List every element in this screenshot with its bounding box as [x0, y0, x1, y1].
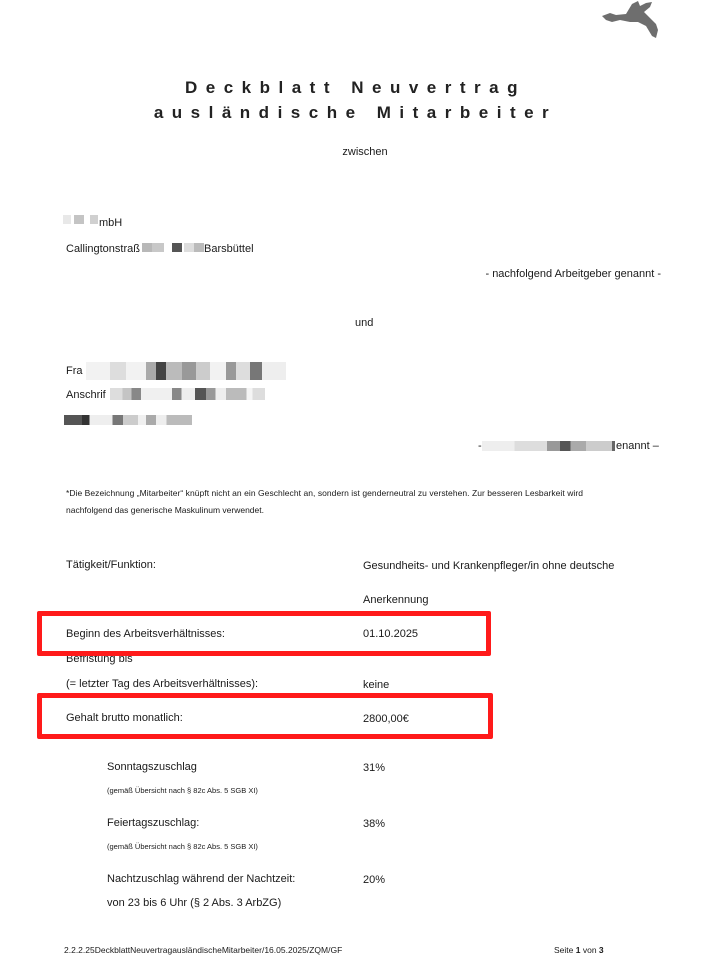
night-surcharge-note: von 23 bis 6 Uhr (§ 2 Abs. 3 ArbZG) [107, 897, 281, 909]
function-value: Gesundheits- und Krankenpfleger/in ohne … [363, 560, 614, 572]
redaction [482, 441, 612, 451]
holiday-surcharge-note: (gemäß Übersicht nach § 82c Abs. 5 SGB X… [107, 842, 258, 851]
between-text: zwischen [0, 146, 711, 158]
bird-logo-icon [598, 0, 662, 42]
redaction [142, 243, 152, 252]
redaction [86, 362, 286, 380]
employee-salutation: Fra [66, 365, 83, 377]
sunday-surcharge-note: (gemäß Übersicht nach § 82c Abs. 5 SGB X… [107, 786, 258, 795]
highlight-box-salary [37, 693, 493, 739]
footnote-line1: *Die Bezeichnung „Mitarbeiter“ knüpft ni… [66, 488, 583, 498]
limit-value: keine [363, 679, 389, 691]
redaction [64, 415, 192, 425]
page-prefix: Seite [554, 945, 576, 955]
employer-designation: - nachfolgend Arbeitgeber genannt - [485, 268, 661, 280]
redaction [110, 388, 265, 400]
document-title-line2: ausländische Mitarbeiter [0, 103, 711, 123]
employee-address: Anschrif [66, 389, 106, 401]
footnote-line2: nachfolgend das generische Maskulinum ve… [66, 505, 264, 515]
redaction [63, 215, 71, 224]
employer-name: mbH [99, 217, 122, 229]
and-text: und [355, 317, 373, 329]
footer-reference: 2.2.2.25DeckblattNeuvertragausländischeM… [64, 945, 342, 955]
holiday-surcharge-value: 38% [363, 818, 385, 830]
redaction [172, 243, 182, 252]
highlight-box-start-date [37, 611, 491, 656]
holiday-surcharge-label: Feiertagszuschlag: [107, 817, 199, 829]
redaction [194, 243, 204, 252]
employer-city: Barsbüttel [204, 243, 254, 255]
redaction [74, 215, 84, 224]
night-surcharge-label: Nachtzuschlag während der Nachtzeit: [107, 873, 295, 885]
page-total: 3 [599, 945, 604, 955]
limit-label-line2: (= letzter Tag des Arbeitsverhältnisses)… [66, 678, 258, 690]
night-surcharge-value: 20% [363, 874, 385, 886]
function-value-line2: Anerkennung [363, 594, 428, 606]
page-indicator: Seite 1 von 3 [554, 945, 604, 955]
page-mid: von [580, 945, 598, 955]
redaction [612, 441, 615, 451]
employee-designation: enannt – [616, 440, 659, 452]
function-label: Tätigkeit/Funktion: [66, 559, 156, 571]
redaction [152, 243, 164, 252]
sunday-surcharge-label: Sonntagszuschlag [107, 761, 197, 773]
sunday-surcharge-value: 31% [363, 762, 385, 774]
redaction [90, 215, 98, 224]
document-title-line1: Deckblatt Neuvertrag [0, 78, 711, 98]
redaction [184, 243, 194, 252]
employer-street: Callingtonstraß [66, 243, 140, 255]
